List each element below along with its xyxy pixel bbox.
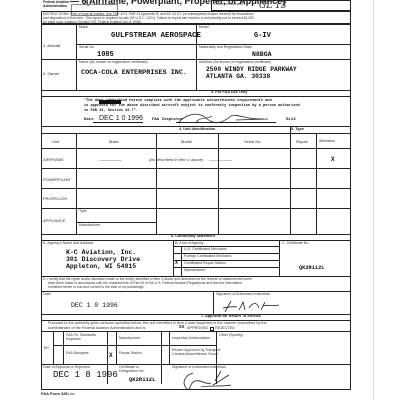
kind-option-repair-station: Certificated Repair Station xyxy=(184,262,226,266)
model-value: G-IV xyxy=(254,33,271,40)
agency-name-label: A. Agency's Name and Address xyxy=(43,242,93,246)
kind-repair-station-mark: X xyxy=(175,261,178,266)
owner-name-label: Name (As shown on registration certifica… xyxy=(79,61,148,65)
col-model: Model xyxy=(181,140,192,144)
owner-address-label: Address (As shown on registration certif… xyxy=(199,61,271,65)
faa-form-337: Federal Aviation Administration — 6 (Air… xyxy=(41,0,351,390)
airframe-dashes-left: ---------------------- xyxy=(99,158,122,162)
owner-name-value: COCA-COLA ENTERPRISES INC. xyxy=(81,70,187,77)
agency-line3: Appleton, WI 54915 xyxy=(66,264,136,271)
scan-edge xyxy=(373,0,374,400)
kind-option-foreign-mechanic: Foreign Certificated Mechanic xyxy=(184,255,232,259)
approval-statement-line2: Administrator of the Federal Aviation Ad… xyxy=(48,327,145,331)
kind-option-manufacturer: Manufacturer xyxy=(184,269,205,273)
conformity-signature-label: Signature of Authorized Individual xyxy=(216,293,270,297)
serial-value: 1085 xyxy=(97,52,114,59)
by-option-faa-designee: FAA Designee xyxy=(66,352,89,356)
designation-no-value: QK2R112L xyxy=(129,377,155,383)
col-serial: Serial No. xyxy=(244,140,262,144)
type-section-label: 5. Type xyxy=(291,128,304,132)
rejected-checkbox[interactable] xyxy=(210,327,214,331)
by-label: BY xyxy=(44,346,49,350)
conformity-section-label: 6. Conformity Statement xyxy=(171,235,215,239)
owner-section-label: 2. Owner xyxy=(43,72,59,76)
conformity-date-label: Date xyxy=(43,293,51,297)
appliance-manufacturer-label: Manufacturer xyxy=(79,224,100,228)
registration-value: N8BGA xyxy=(252,52,272,59)
scanned-document-page: Federal Aviation Administration — 6 (Air… xyxy=(0,0,400,400)
certificate-no-value: QK2R112L xyxy=(299,266,324,271)
approved-label: APPROVED xyxy=(187,327,208,331)
row-propeller-label: PROPELLER xyxy=(43,197,67,201)
row-appliance-label: APPLIANCE xyxy=(43,219,65,223)
approval-date-value: DEC 1 8 1996 xyxy=(53,371,118,380)
faa-inspector-signature xyxy=(176,110,271,126)
col-unit: Unit xyxy=(52,140,59,144)
kind-option-us-mechanic: U.S. Certificated Mechanic xyxy=(184,248,227,252)
make-label: Make xyxy=(79,26,88,30)
designation-no-label: Designation No. xyxy=(119,370,145,374)
redaction-bar xyxy=(99,100,121,104)
by-option-repair-station: Repair Station xyxy=(119,352,142,356)
approval-signature xyxy=(171,365,241,393)
airframe-alteration-mark: X xyxy=(331,157,335,163)
approved-mark: XX xyxy=(179,326,184,331)
model-label: Model xyxy=(199,26,209,30)
office-id-label: Office Identification xyxy=(214,3,245,7)
airframe-dashes-right: ---------------------- xyxy=(209,158,232,162)
approval-section-label: 7. Approval for Return To Service xyxy=(201,315,261,319)
faa-statement-line3: in FAR 43, Section 43.7". xyxy=(84,110,138,114)
faa-date-value: DEC 1 0 1996 xyxy=(99,115,143,122)
unit-id-section-label: 4. Unit Identification xyxy=(179,128,215,132)
conformity-signature xyxy=(221,298,281,314)
faa-use-section-label: 3. For FAA Use Only xyxy=(211,91,247,95)
row-powerplant-label: POWERPLANT xyxy=(43,178,71,182)
make-value: GULFSTREAM AEROSPACE xyxy=(111,33,201,41)
rejected-label: REJECTED xyxy=(215,327,235,331)
serial-label: Serial No. xyxy=(79,46,95,50)
appliance-type-label: Type xyxy=(79,210,87,214)
repair-station-mark: X xyxy=(109,353,113,359)
office-id-value: GL 13 xyxy=(259,2,286,11)
certify-line3: furnished herein is true and correct to … xyxy=(48,286,145,289)
owner-address-line2: ATLANTA GA. 30338 xyxy=(206,74,270,80)
form-revision: (12-88) xyxy=(65,393,75,396)
conformity-date-value: DEC 1 0 1996 xyxy=(71,303,118,310)
registration-label: Nationality and Registration Mark xyxy=(199,46,252,50)
col-alteration: Alteration xyxy=(319,140,335,144)
by-option-inspection-authorization: Inspection Authorization xyxy=(172,337,210,341)
airframe-description: (As described in Item 1 above) xyxy=(149,158,203,162)
certificate-no-label: C. Certificate No. xyxy=(282,242,309,246)
faa-inspector-code: GL13 xyxy=(286,118,296,122)
col-repair: Repair xyxy=(296,140,308,144)
col-make: Make xyxy=(109,140,119,144)
by-option-transport-canada: Canada Airworthiness Group xyxy=(172,353,218,357)
other-specify-label: Other (Specify) xyxy=(219,334,243,338)
row-airframe-label: AIRFRAME xyxy=(43,158,64,162)
form-number: FAA Form 337 xyxy=(41,392,68,396)
by-option-faa-inspector: Inspector xyxy=(66,338,81,342)
aircraft-section-label: 1. Aircraft xyxy=(43,44,60,48)
agency-name-line2: Administration xyxy=(43,5,67,8)
by-option-manufacturer: Manufacturer xyxy=(119,337,140,341)
